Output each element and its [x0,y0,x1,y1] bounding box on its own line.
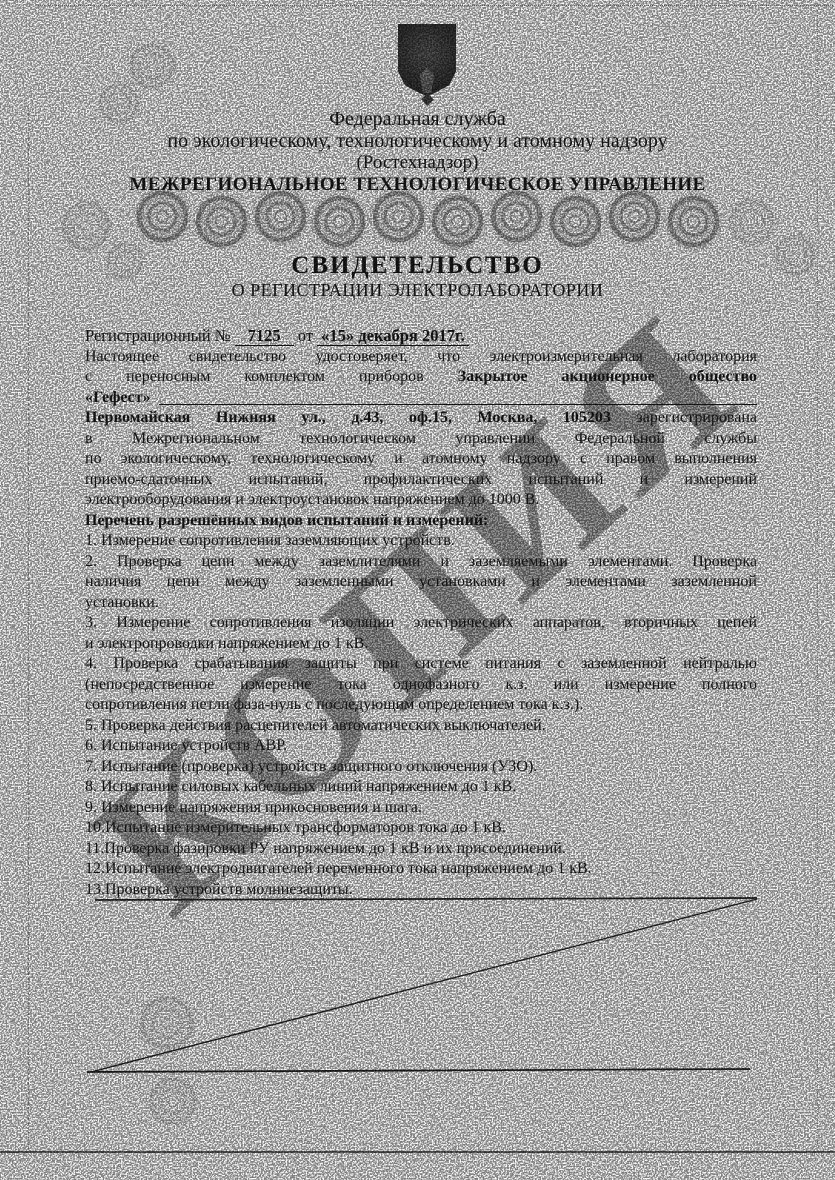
company-address: Первомайская Нижняя ул., д.43, оф.15, Мо… [85,409,611,426]
list-line: и электропроводки напряжением до 1 кВ. [85,634,757,655]
registration-date: «15» декабря 2017г. [317,326,469,346]
company-name-quoted: «Гефест» [85,388,151,409]
list-line: 7. Испытание (проверка) устройств защитн… [85,757,757,778]
list-line: 10.Испытание измерительных трансформатор… [85,818,757,839]
company-name-quoted-line: «Гефест» [85,388,757,409]
list-line: 13.Проверка устройств молниезащиты. [85,880,757,901]
scan-edge-top [38,5,833,6]
intro-line-2-text: с переносным комплектом приборов [85,368,424,385]
permitted-tests-list: 1. Измерение сопротивления заземляющих у… [85,531,757,900]
list-line: 4. Проверка срабатывания защиты при сист… [85,654,757,675]
list-line: 3. Измерение сопротивления изоляции элек… [85,613,757,634]
list-line: 1. Измерение сопротивления заземляющих у… [85,531,757,552]
crossout-diagonal-line [91,899,757,1072]
registration-label: Регистрационный № [85,326,231,345]
intro-line-1: Настоящее свидетельство удостоверяет, чт… [85,347,757,368]
org-name-line2: по экологическому, технологическому и ат… [0,130,835,152]
list-line: наличия цепи между заземленными установк… [85,572,757,593]
list-line: 5. Проверка действия расцепителей автома… [85,716,757,737]
fill-in-underline [159,404,757,405]
list-line: 12.Испытание электродвигателей переменно… [85,859,757,880]
scan-edge-bottom [0,1151,835,1153]
coat-of-arms-emblem [398,24,456,96]
certificate-title: СВИДЕТЕЛЬСТВО [0,253,835,279]
list-line: 8. Испытание силовых кабельных линий нап… [85,777,757,798]
list-line: 11.Проверка фазировки РУ напряжением до … [85,839,757,860]
emblem-pin-icon [421,93,434,106]
intro-line-5: в Межрегиональном технологическом управл… [85,429,757,450]
crossout-bottom-line [87,1069,750,1072]
title-block: СВИДЕТЕЛЬСТВО О РЕГИСТРАЦИИ ЭЛЕКТРОЛАБОР… [0,253,835,301]
org-name-line1: Федеральная служба [0,109,835,130]
certificate-subtitle: О РЕГИСТРАЦИИ ЭЛЕКТРОЛАБОРАТОРИИ [0,279,835,301]
rosette-ornament [310,192,369,251]
company-address-line: Первомайская Нижняя ул., д.43, оф.15, Мо… [85,408,757,429]
intro-line-7: приемо-сдаточных испытаний, профилактиче… [85,470,757,491]
list-line: 2. Проверка цепи между заземлителями и з… [85,552,757,573]
registration-number: 7125 [235,326,294,346]
intro-line-2: с переносным комплектом приборов Закрыто… [85,367,757,388]
background-rosette [146,1074,200,1128]
registered-word: зарегистрирована [636,409,757,426]
registration-preposition: от [298,326,313,345]
rosette-ornament [192,192,251,251]
document-body: Регистрационный № 7125 от «15» декабря 2… [85,326,757,900]
rosette-ornament [428,192,487,251]
intro-line-8: электрооборудования и электроустановок н… [85,490,757,511]
background-rosette [726,196,778,248]
org-name-line4: МЕЖРЕГИОНАЛЬНОЕ ТЕХНОЛОГИЧЕСКОЕ УПРАВЛЕН… [0,173,835,196]
document-header: Федеральная служба по экологическому, те… [0,109,835,196]
list-line: 6. Испытание устройств АВР. [85,736,757,757]
list-line: установки. [85,593,757,614]
rosette-ornament [664,192,723,251]
background-rosette [126,40,178,92]
list-line: 9. Измерение напряжения прикосновения и … [85,798,757,819]
list-heading: Перечень разрешённых видов испытаний и и… [85,511,757,532]
registration-line: Регистрационный № 7125 от «15» декабря 2… [85,326,757,347]
list-line: (непосредственное измерение тока однофаз… [85,675,757,696]
org-name-line3: (Ростехнадзор) [0,152,835,173]
certificate-page: Федеральная служба по экологическому, те… [0,0,835,1180]
rosette-ornament [546,192,605,251]
list-line: сопротивления петли фаза-нуль с последую… [85,695,757,716]
company-name: Закрытое акционерное общество [458,368,757,385]
intro-line-6: по экологическому, технологическому и ат… [85,449,757,470]
guilloche-band [133,187,723,251]
background-rosette [136,992,198,1054]
background-rosette [58,198,114,254]
